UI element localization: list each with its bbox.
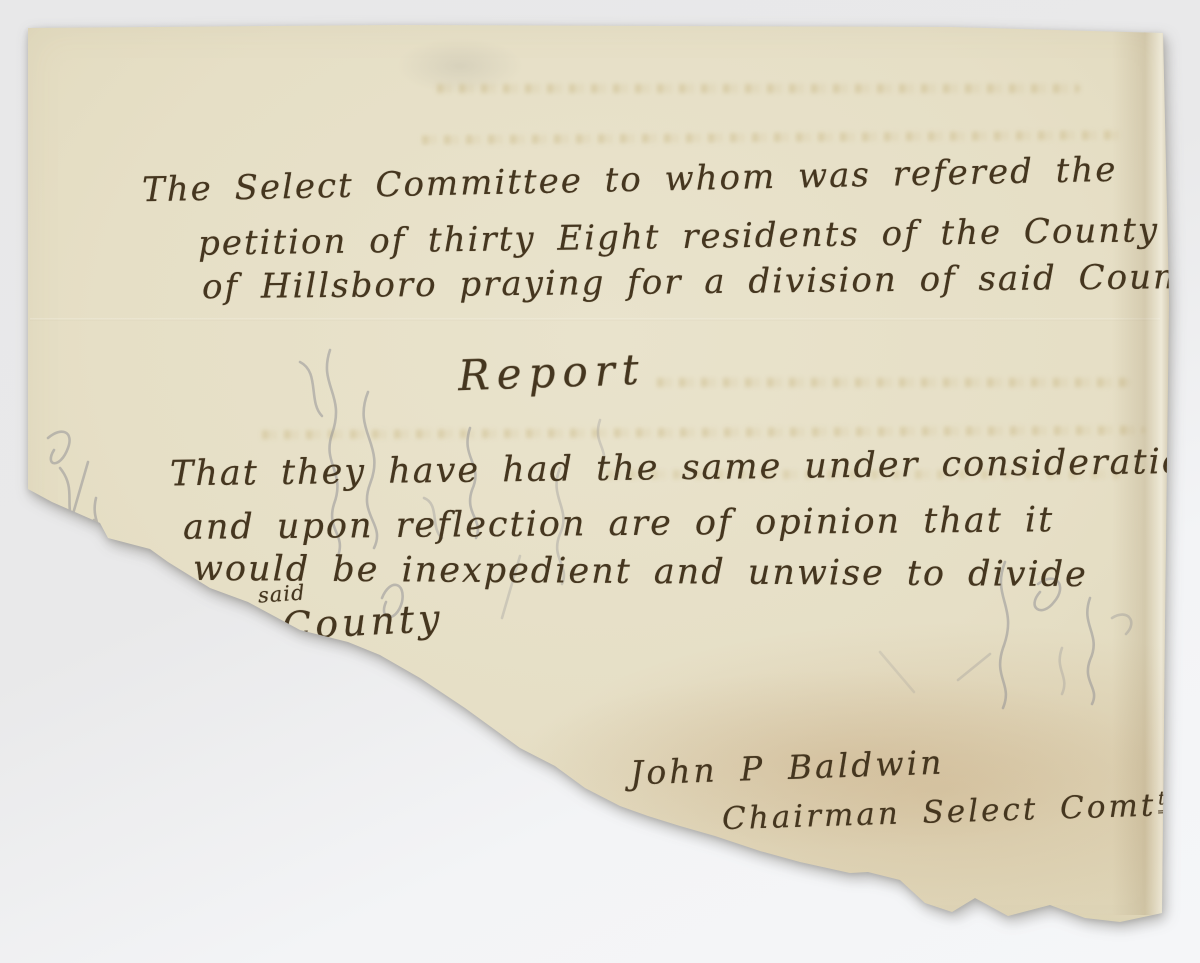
closing-word-county: County: [281, 596, 445, 648]
bleedthrough-line: [255, 426, 1145, 440]
body-line-3: would be inexpedient and unwise to divid…: [193, 549, 1088, 595]
paper-shadow-wrap: The Select Committee to whom was refered…: [0, 0, 1200, 963]
opening-line-1: The Select Committee to whom was refered…: [142, 150, 1118, 210]
report-heading: Report: [457, 345, 646, 401]
bleedthrough-line: [415, 131, 1125, 145]
opening-line-2: petition of thirty Eight residents of th…: [198, 210, 1160, 263]
bleedthrough-line: [430, 84, 1080, 93]
scanned-document-scene: The Select Committee to whom was refered…: [0, 0, 1200, 963]
insertion-caret-mark: ^: [250, 611, 277, 643]
opening-line-3: of Hillsboro praying for a division of s…: [202, 257, 1200, 308]
bleedthrough-line: [650, 378, 1130, 387]
torn-paper-sheet: The Select Committee to whom was refered…: [0, 0, 1200, 963]
signature-title: Chairman Select Comttt: [722, 787, 1180, 837]
signature-name: John P Baldwin: [629, 743, 945, 793]
paper-crease: [30, 318, 1160, 321]
body-line-2: and upon reflection are of opinion that …: [183, 500, 1055, 548]
body-line-1: That they have had the same under consid…: [170, 442, 1200, 495]
signature-title-text: Chairman Select Comt: [722, 788, 1157, 838]
signature-title-superscript: tt: [1158, 787, 1180, 813]
